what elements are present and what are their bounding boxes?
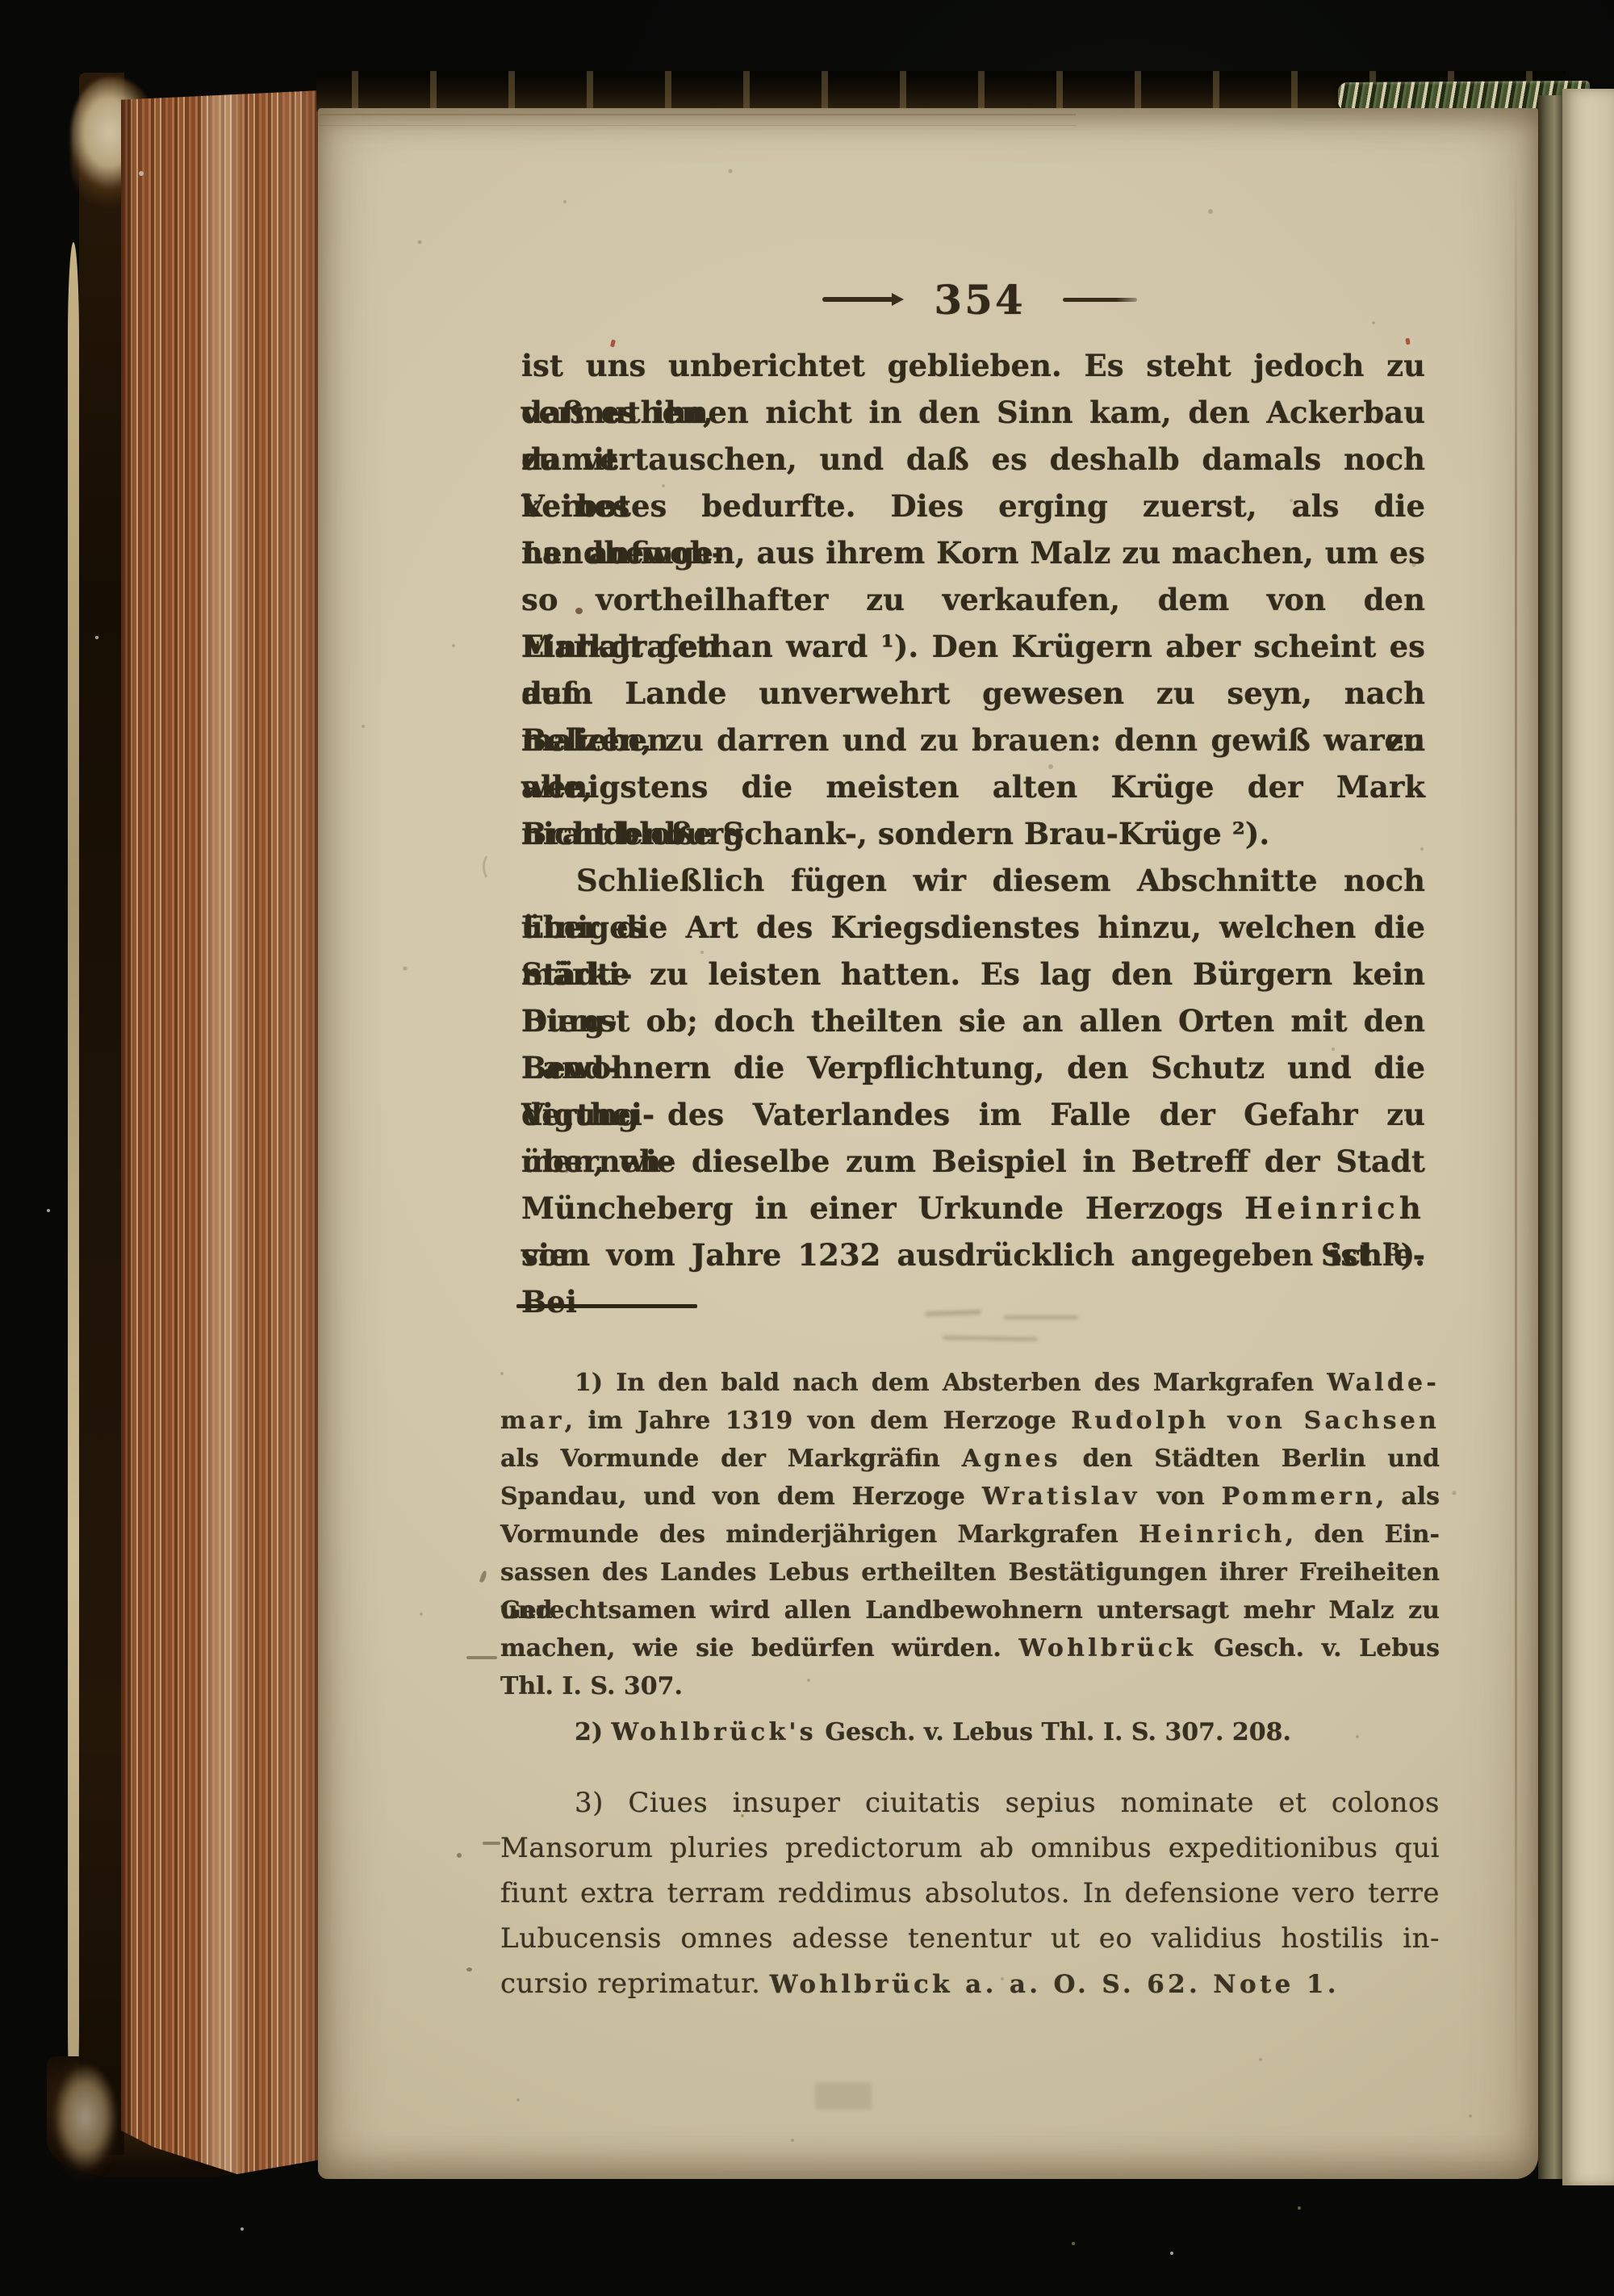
footnote-line: Thl. I. S. 307. [500, 1667, 1440, 1705]
footnote-line: sassen des Landes Lebus ertheilten Bestä… [500, 1554, 1440, 1591]
footnote-line: 2) Wohlbrück's Gesch. v. Lebus Thl. I. S… [500, 1713, 1440, 1751]
footnote-line: cursio reprimatur. Wohlbrück a. a. O. S.… [500, 1961, 1440, 2006]
footnotes: 1) In den bald nach dem Absterben des Ma… [500, 1364, 1440, 2006]
endpaper-edge-sliver [68, 242, 79, 2122]
body-line: men, wie dieselbe zum Beispiel in Betref… [521, 1138, 1425, 1185]
body-line: Verbotes bedurfte. Dies erging zuerst, a… [521, 483, 1425, 529]
body-line: Städte zu leisten hatten. Es lag den Bür… [521, 951, 1425, 997]
header-dash-right [1063, 298, 1137, 302]
footnote-3-latin: 3) Ciues insuper ciuitatis sepius nomina… [500, 1780, 1440, 2006]
body-line: über die Art des Kriegsdienstes hinzu, w… [521, 904, 1425, 951]
body-line-paragraph-start: Schließlich fügen wir diesem Abschnitte … [521, 857, 1425, 904]
body-line: Dienst ob; doch theilten sie an allen Or… [521, 997, 1425, 1044]
footnote-line: als Vormunde der Markgräfin Agnes den St… [500, 1440, 1440, 1478]
body-line: zu vertauschen, und daß es deshalb damal… [521, 436, 1425, 483]
body-line: ner anfingen, aus ihrem Korn Malz zu mac… [521, 529, 1425, 576]
footnote-line: 3) Ciues insuper ciuitatis sepius nomina… [500, 1780, 1440, 1826]
paper-blemish [575, 608, 583, 614]
body-line: daß es ihnen nicht in den Sinn kam, den … [521, 389, 1425, 436]
body-line: Bewohnern die Verpflichtung, den Schutz … [521, 1044, 1425, 1091]
scanned-book-photo: { "palette":{"paper":"#cfc4a7","ink":"#3… [0, 0, 1614, 2296]
header-dash-left [822, 297, 897, 302]
body-line: ist uns unberichtet geblieben. Es steht … [521, 342, 1425, 389]
body-line: so vortheilhafter zu verkaufen, dem von … [521, 576, 1425, 623]
footnote-line: Lubucensis omnes adesse tenentur ut eo v… [500, 1916, 1440, 1961]
footnote-line: Spandau, und von dem Herzoge Wratislav v… [500, 1478, 1440, 1516]
margin-mark [466, 1656, 497, 1659]
footnote-line: Vormunde des minderjährigen Markgrafen H… [500, 1516, 1440, 1554]
body-text: ist uns unberichtet geblieben. Es steht … [521, 342, 1425, 1278]
body-line: malzen, zu darren und zu brauen: denn ge… [521, 717, 1425, 763]
margin-mark [483, 852, 500, 881]
footnote-line: Mansorum pluries predictorum ab omnibus … [500, 1826, 1440, 1871]
footnote-line: Gerechtsamen wird allen Landbewohnern un… [500, 1591, 1440, 1629]
margin-mark [457, 1853, 462, 1858]
facing-page-sliver [1562, 89, 1614, 2185]
body-line: nicht bloße Schank-, sondern Brau-Krüge … [521, 810, 1425, 857]
footnote-2: 2) Wohlbrück's Gesch. v. Lebus Thl. I. S… [500, 1713, 1440, 1751]
page-header: 354 [820, 274, 1139, 324]
gutter-shadow [1538, 95, 1562, 2179]
ink-show-through [815, 2082, 872, 2110]
footnote-line: 1) In den bald nach dem Absterben des Ma… [500, 1364, 1440, 1402]
body-line: Einhalt gethan ward ¹). Den Krügern aber… [521, 623, 1425, 670]
footnote-1: 1) In den bald nach dem Absterben des Ma… [500, 1364, 1440, 1705]
footnote-rule [516, 1304, 697, 1308]
body-line: digung des Vaterlandes im Falle der Gefa… [521, 1091, 1425, 1138]
margin-mark [466, 1968, 472, 1972]
body-line: sien vom Jahre 1232 ausdrücklich angegeb… [521, 1232, 1425, 1278]
body-line: dem Lande unverwehrt gewesen zu seyn, na… [521, 670, 1425, 717]
margin-mark [483, 1842, 500, 1845]
page-number: 354 [934, 276, 1025, 324]
body-line: Müncheberg in einer Urkunde Herzogs Hein… [521, 1185, 1425, 1232]
ink-show-through [1004, 1315, 1078, 1319]
footnote-line: mar, im Jahre 1319 von dem Herzoge Rudol… [500, 1402, 1440, 1440]
worn-cover-corner-bottom [45, 2063, 118, 2184]
leather-cover-edge [79, 73, 124, 2155]
page-block-fore-edge [121, 90, 321, 2174]
body-line: wenigstens die meisten alten Krüge der M… [521, 763, 1425, 810]
footnote-line: machen, wie sie bedürfen würden. Wohlbrü… [500, 1629, 1440, 1667]
footnote-line: fiunt extra terram reddimus absolutos. I… [500, 1871, 1440, 1916]
